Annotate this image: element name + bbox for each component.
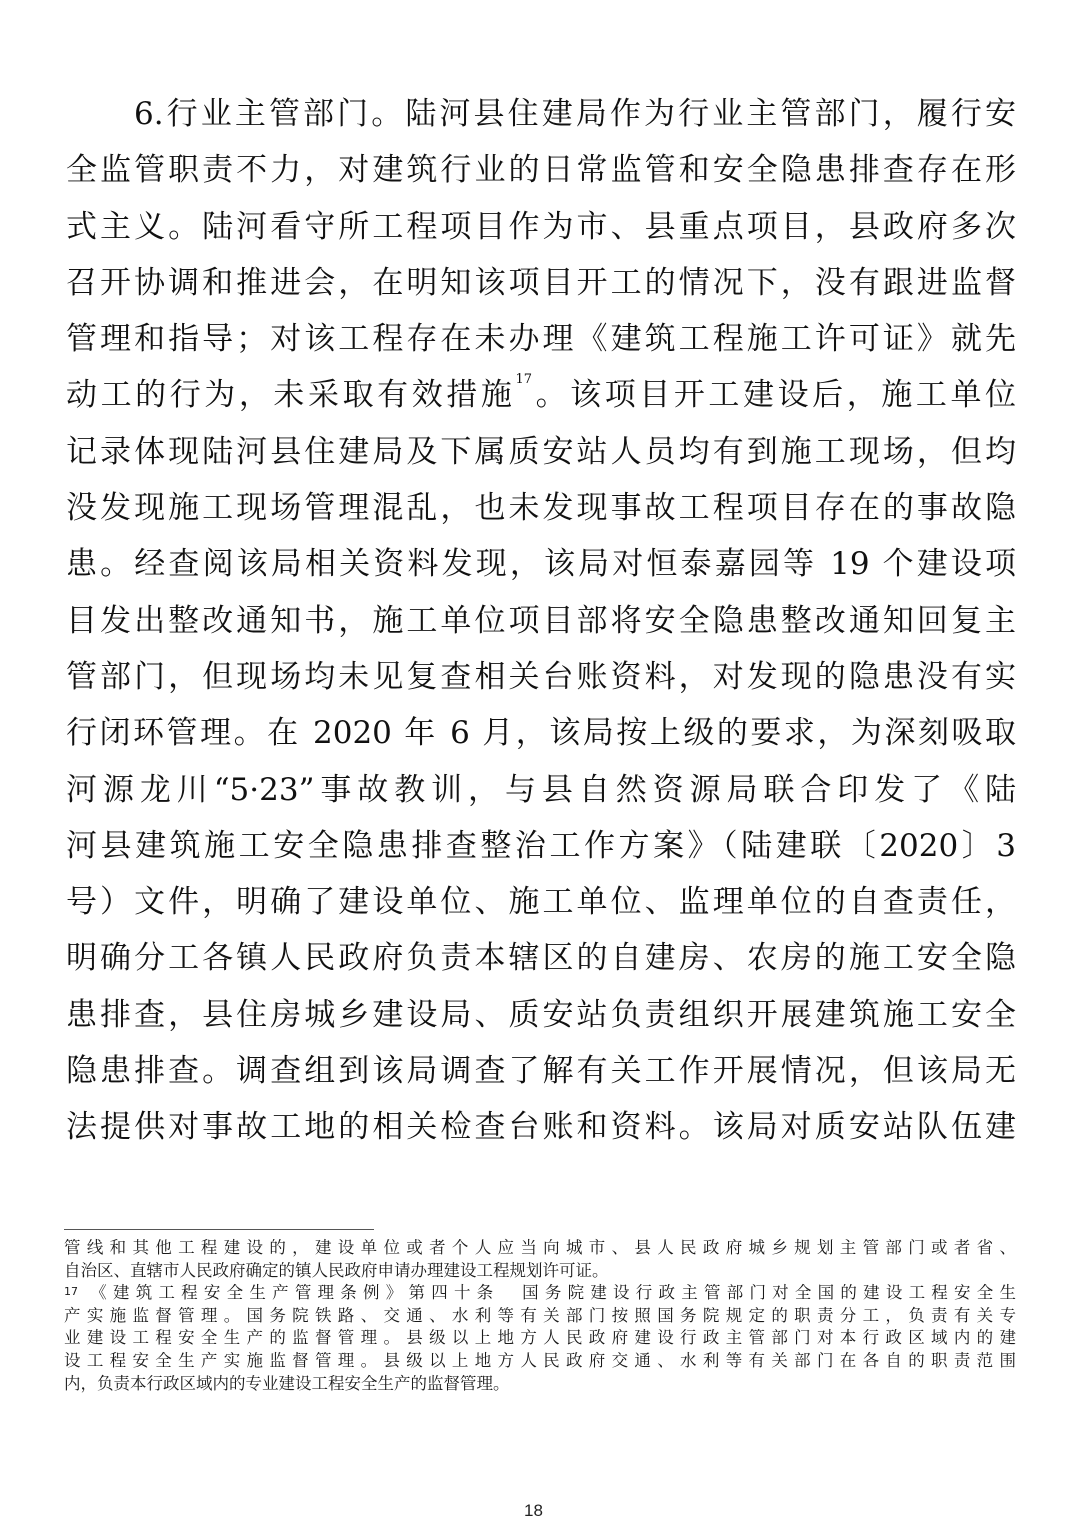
body-line-6-head: 动工的行为，未采取有效措施 bbox=[66, 377, 515, 413]
body-line-10: 目发出整改通知书，施工单位项目部将安全隐患整改通知回复主 bbox=[66, 593, 1016, 649]
body-line-15: 号）文件，明确了建设单位、施工单位、监理单位的自查责任， bbox=[66, 874, 1016, 930]
body-line-6-tail: 。该项目开工建设后，施工单位 bbox=[532, 377, 1016, 413]
body-line-2: 全监管职责不力，对建筑行业的日常监管和安全隐患排查存在形 bbox=[66, 142, 1016, 198]
body-line-13: 河源龙川“5·23”事故教训，与县自然资源局联合印发了《陆 bbox=[66, 762, 1016, 818]
body-line-4: 召开协调和推进会，在明知该项目开工的情况下，没有跟进监督 bbox=[66, 255, 1016, 311]
footnote-17-line-3: 业建设工程安全生产的监督管理。县级以上地方人民政府建设行政主管部门对本行政区域内… bbox=[64, 1327, 1016, 1350]
footnote-17-line-1: 17《建筑工程安全生产管理条例》第四十条 国务院建设行政主管部门对全国的建设工程… bbox=[64, 1282, 1016, 1305]
body-line-18: 隐患排查。调查组到该局调查了解有关工作开展情况，但该局无 bbox=[66, 1043, 1016, 1099]
body-line-8: 没发现施工现场管理混乱，也未发现事故工程项目存在的事故隐 bbox=[66, 480, 1016, 536]
body-line-3: 式主义。陆河看守所工程项目作为市、县重点项目，县政府多次 bbox=[66, 199, 1016, 255]
footnote-continued-line-1: 管线和其他工程建设的，建设单位或者个人应当向城市、县人民政府城乡规划主管部门或者… bbox=[64, 1237, 1016, 1260]
body-line-14: 河县建筑施工安全隐患排查整治工作方案》（陆建联〔2020〕3 bbox=[66, 818, 1016, 874]
body-line-7: 记录体现陆河县住建局及下属质安站人员均有到施工现场，但均 bbox=[66, 424, 1016, 480]
footnote-separator bbox=[64, 1229, 374, 1230]
body-line-5: 管理和指导；对该工程存在未办理《建筑工程施工许可证》就先 bbox=[66, 311, 1016, 367]
footnotes: 管线和其他工程建设的，建设单位或者个人应当向城市、县人民政府城乡规划主管部门或者… bbox=[64, 1237, 1016, 1395]
body-line-17: 患排查，县住房城乡建设局、质安站负责组织开展建筑施工安全 bbox=[66, 987, 1016, 1043]
document-page: 6.行业主管部门。陆河县住建局作为行业主管部门，履行安 全监管职责不力，对建筑行… bbox=[0, 0, 1067, 1539]
body-line-11: 管部门，但现场均未见复查相关台账资料，对发现的隐患没有实 bbox=[66, 649, 1016, 705]
footnote-17-number: 17 bbox=[64, 1285, 78, 1298]
body-line-1: 6.行业主管部门。陆河县住建局作为行业主管部门，履行安 bbox=[66, 86, 1016, 142]
page-number: 18 bbox=[0, 1501, 1067, 1521]
footnote-reference-17[interactable]: 17 bbox=[515, 372, 532, 387]
body-line-16: 明确分工各镇人民政府负责本辖区的自建房、农房的施工安全隐 bbox=[66, 930, 1016, 986]
body-line-6: 动工的行为，未采取有效措施17。该项目开工建设后，施工单位 bbox=[66, 367, 1016, 423]
body-paragraph: 6.行业主管部门。陆河县住建局作为行业主管部门，履行安 全监管职责不力，对建筑行… bbox=[66, 86, 1016, 1156]
footnote-17-text-1: 《建筑工程安全生产管理条例》第四十条 国务院建设行政主管部门对全国的建设工程安全… bbox=[84, 1283, 1016, 1302]
footnote-17-line-2: 产实施监督管理。国务院铁路、交通、水利等有关部门按照国务院规定的职责分工，负责有… bbox=[64, 1305, 1016, 1328]
body-line-9: 患。经查阅该局相关资料发现，该局对恒泰嘉园等 19 个建设项 bbox=[66, 536, 1016, 592]
footnote-continued-line-2: 自治区、直辖市人民政府确定的镇人民政府申请办理建设工程规划许可证。 bbox=[64, 1260, 1016, 1283]
body-line-12: 行闭环管理。在 2020 年 6 月，该局按上级的要求，为深刻吸取 bbox=[66, 705, 1016, 761]
footnote-17-line-5: 内，负责本行政区域内的专业建设工程安全生产的监督管理。 bbox=[64, 1373, 1016, 1396]
body-line-19: 法提供对事故工地的相关检查台账和资料。该局对质安站队伍建 bbox=[66, 1099, 1016, 1155]
footnote-17-line-4: 设工程安全生产实施监督管理。县级以上地方人民政府交通、水利等有关部门在各自的职责… bbox=[64, 1350, 1016, 1373]
